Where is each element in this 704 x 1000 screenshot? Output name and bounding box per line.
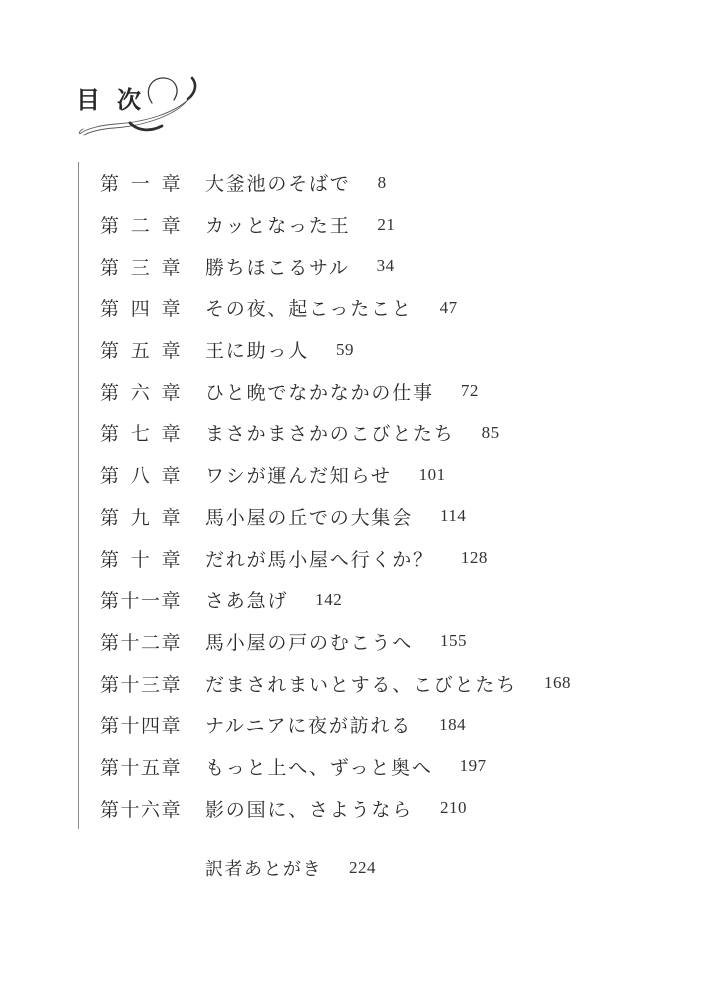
chapter-page-number: 128 [461, 548, 488, 568]
chapter-number: 第 六 章 [100, 378, 185, 405]
toc-entry: 第 八 章 ワシが運んだ知らせ 101 [100, 454, 660, 496]
afterword-title: 訳者あとがき [205, 855, 322, 881]
chapter-number: 第 九 章 [100, 503, 185, 530]
toc-entry: 第 十 章 だれが馬小屋へ行くか？ 128 [100, 537, 660, 579]
calligraphic-flourish-icon [70, 70, 220, 148]
toc-entry: 第十一章 さあ急げ 142 [100, 579, 660, 621]
chapter-title: カッとなった王 [205, 211, 350, 238]
chapter-title: だまされまいとする、こびとたち [205, 670, 517, 697]
chapter-number: 第 五 章 [100, 336, 185, 363]
toc-entry: 第十六章 影の国に、さようなら 210 [100, 787, 660, 829]
toc-entry: 第十二章 馬小屋の戸のむこうへ 155 [100, 621, 660, 663]
toc-entry: 第十三章 だまされまいとする、こびとたち 168 [100, 662, 660, 704]
chapter-title: 勝ちほこるサル [205, 253, 350, 280]
chapter-title: ワシが運んだ知らせ [205, 461, 392, 488]
toc-entry: 第 一 章 大釜池のそばで 8 [100, 162, 660, 204]
chapter-title: ナルニアに夜が訪れる [205, 711, 412, 738]
chapter-page-number: 184 [439, 715, 466, 735]
chapter-title: 馬小屋の丘での大集会 [205, 503, 413, 530]
chapter-title: 王に助っ人 [205, 336, 309, 363]
toc-entry: 第 二 章 カッとなった王 21 [100, 204, 660, 246]
chapter-page-number: 114 [440, 506, 466, 526]
chapter-title: さあ急げ [205, 586, 288, 613]
toc-entry: 第 六 章 ひと晩でなかなかの仕事 72 [100, 370, 660, 412]
chapter-page-number: 34 [377, 256, 395, 276]
chapter-page-number: 168 [544, 673, 571, 693]
chapter-number: 第十三章 [100, 670, 185, 697]
toc-entry: 第 三 章 勝ちほこるサル 34 [100, 245, 660, 287]
chapter-title: ひと晩でなかなかの仕事 [205, 378, 434, 405]
chapter-number: 第 七 章 [100, 419, 185, 446]
chapter-number: 第 三 章 [100, 253, 185, 280]
chapter-number: 第十一章 [100, 586, 185, 613]
chapter-number: 第 四 章 [100, 294, 185, 321]
chapter-number: 第 十 章 [100, 545, 185, 572]
toc-entry: 第 七 章 まさかまさかのこびとたち 85 [100, 412, 660, 454]
chapter-page-number: 59 [336, 340, 354, 360]
chapter-page-number: 21 [377, 215, 395, 235]
chapter-page-number: 210 [440, 798, 467, 818]
chapter-number: 第十四章 [100, 711, 185, 738]
chapter-page-number: 72 [461, 381, 479, 401]
chapter-title: まさかまさかのこびとたち [205, 419, 455, 446]
chapter-title: 馬小屋の戸のむこうへ [205, 628, 413, 655]
chapter-page-number: 85 [482, 423, 500, 443]
afterword-entry: 訳者あとがき 224 [205, 856, 376, 880]
chapter-title: もっと上へ、ずっと奥へ [205, 753, 433, 780]
chapter-number: 第十六章 [100, 795, 185, 822]
chapter-number: 第十二章 [100, 628, 185, 655]
chapter-page-number: 197 [460, 756, 487, 776]
chapter-page-number: 142 [315, 590, 342, 610]
chapter-number: 第十五章 [100, 753, 185, 780]
book-contents-page: 目 次 第 一 章 大釜池のそばで 8 第 二 章 カッとなった王 21 第 三… [0, 0, 704, 1000]
toc-entry: 第 五 章 王に助っ人 59 [100, 329, 660, 371]
toc-entry: 第 九 章 馬小屋の丘での大集会 114 [100, 496, 660, 538]
chapter-title: その夜、起こったこと [205, 294, 413, 321]
chapter-page-number: 155 [440, 631, 467, 651]
table-of-contents: 第 一 章 大釜池のそばで 8 第 二 章 カッとなった王 21 第 三 章 勝… [78, 162, 660, 829]
chapter-title: 影の国に、さようなら [205, 795, 413, 822]
toc-entry: 第 四 章 その夜、起こったこと 47 [100, 287, 660, 329]
chapter-page-number: 8 [378, 173, 387, 193]
chapter-number: 第 二 章 [100, 211, 185, 238]
chapter-title: 大釜池のそばで [205, 169, 351, 196]
chapter-page-number: 101 [419, 465, 446, 485]
toc-entry: 第十五章 もっと上へ、ずっと奥へ 197 [100, 746, 660, 788]
chapter-number: 第 一 章 [100, 169, 185, 196]
chapter-title: だれが馬小屋へ行くか？ [205, 545, 434, 572]
toc-entry: 第十四章 ナルニアに夜が訪れる 184 [100, 704, 660, 746]
chapter-page-number: 47 [440, 298, 458, 318]
afterword-page-number: 224 [349, 858, 376, 878]
chapter-number: 第 八 章 [100, 461, 185, 488]
